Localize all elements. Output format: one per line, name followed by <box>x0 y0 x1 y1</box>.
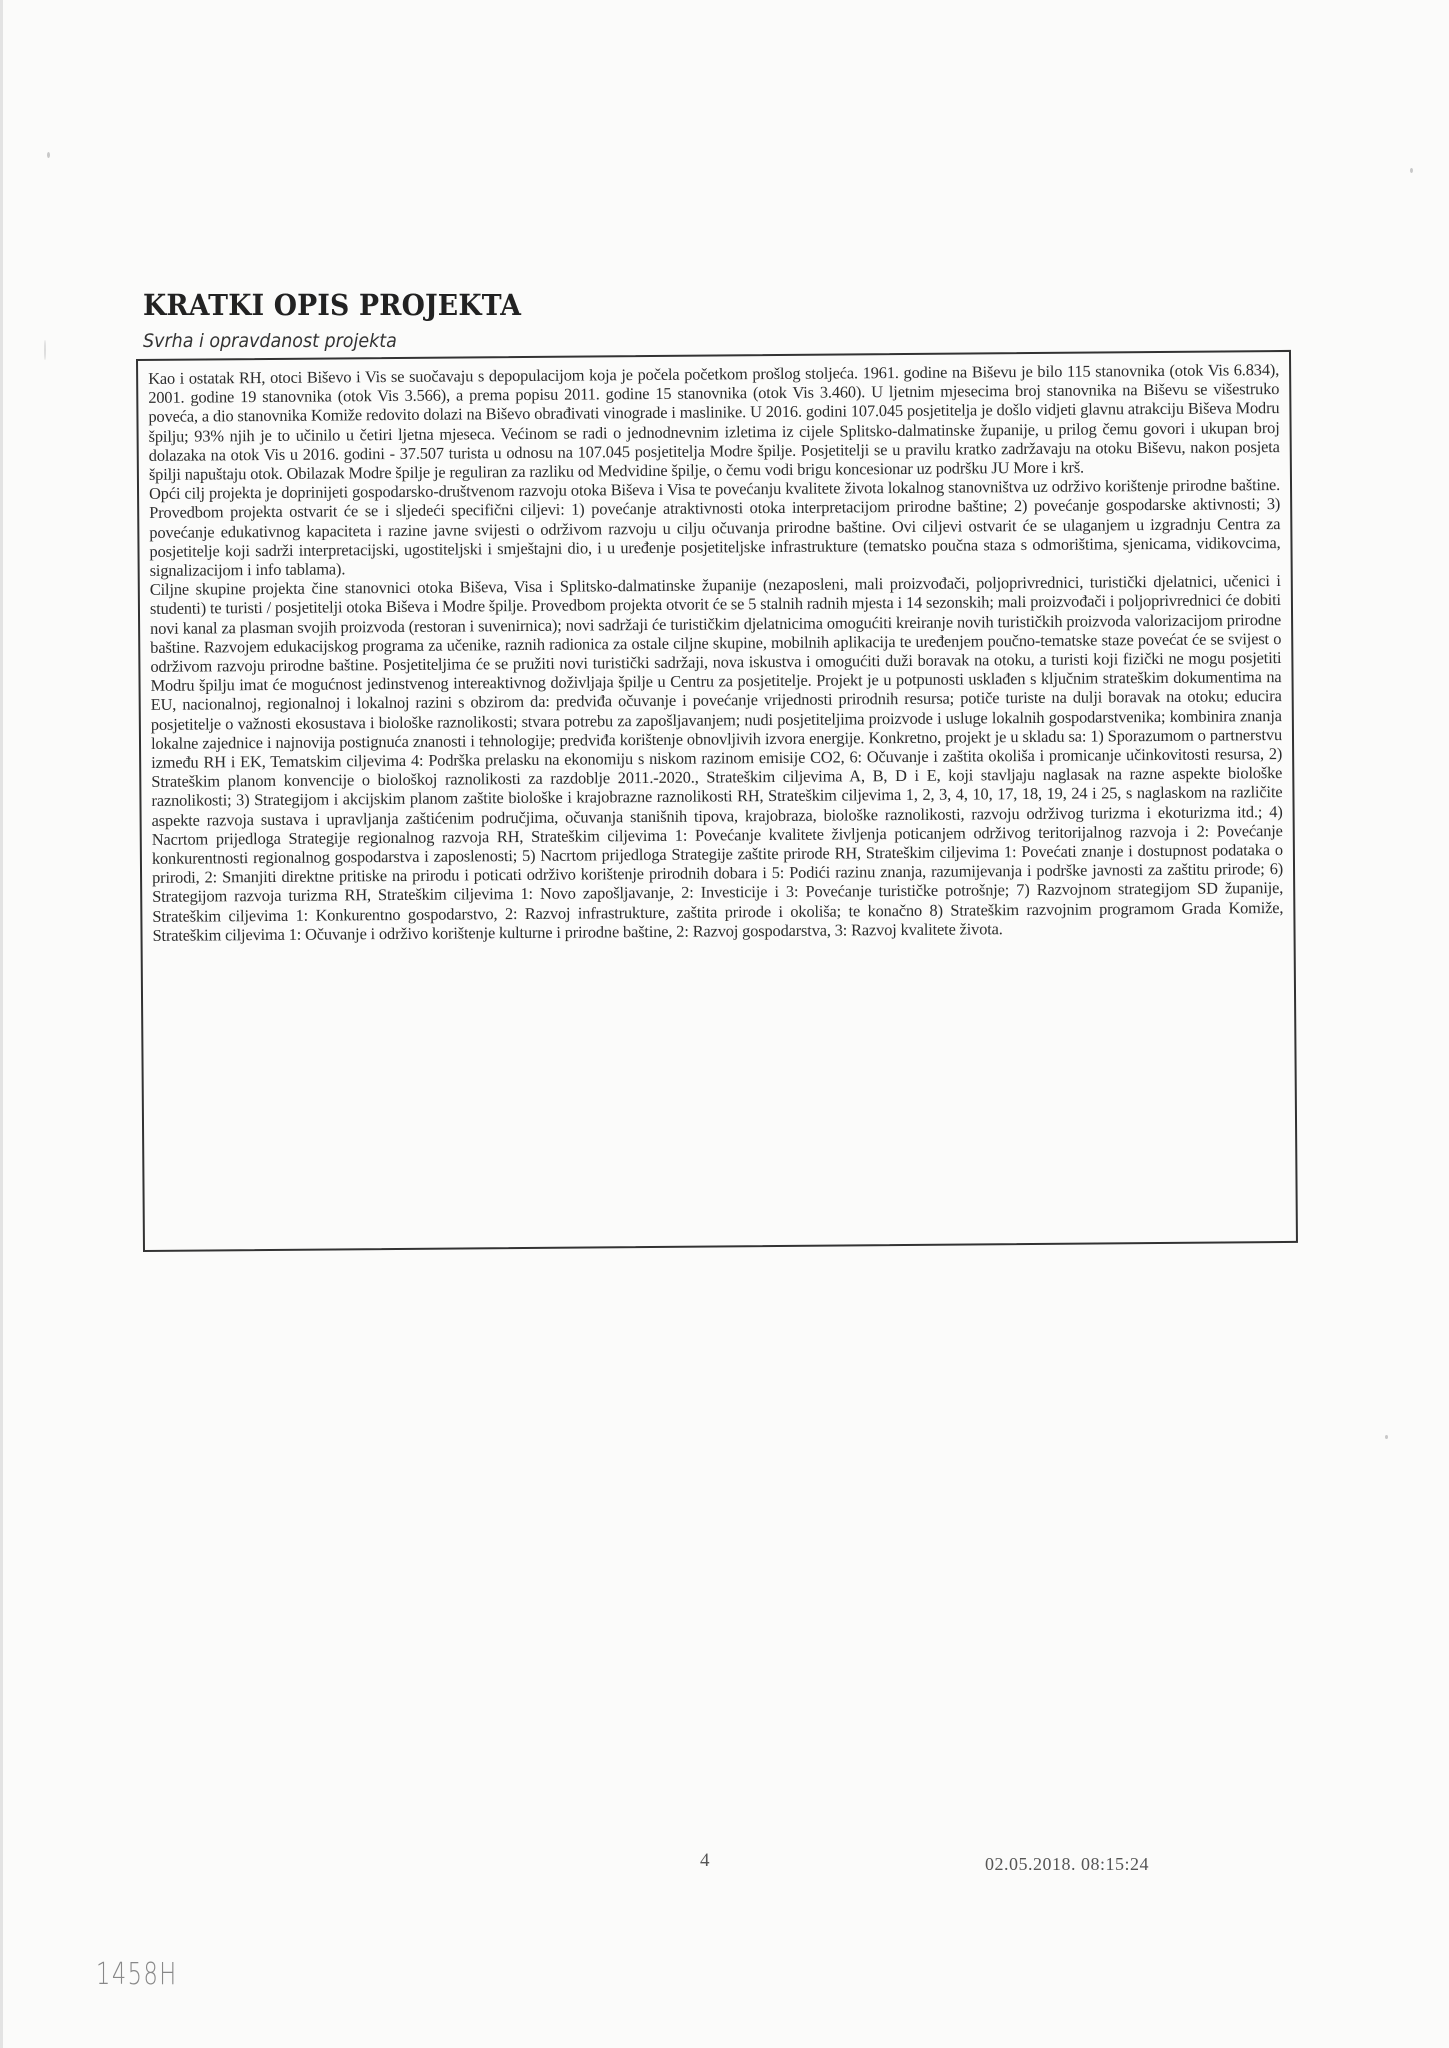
page-number: 4 <box>700 1850 710 1872</box>
scan-speck <box>1385 1435 1388 1439</box>
scan-speck <box>1410 168 1413 173</box>
paragraph-target-groups: Ciljne skupine projekta čine stanovnici … <box>150 571 1284 945</box>
section-subtitle: Svrha i opravdanost projekta <box>143 330 397 352</box>
paragraph-objectives: Opći cilj projekta je doprinijeti gospod… <box>149 475 1281 580</box>
scan-speck <box>47 152 50 158</box>
print-timestamp: 02.05.2018. 08:15:24 <box>985 1854 1149 1875</box>
page-title: KRATKI OPIS PROJEKTA <box>143 288 521 322</box>
scan-speck <box>44 340 46 360</box>
description-text-box: Kao i ostatak RH, otoci Biševo i Vis se … <box>136 350 1298 1252</box>
scan-edge-left <box>0 0 3 2048</box>
paragraph-background: Kao i ostatak RH, otoci Biševo i Vis se … <box>148 360 1280 484</box>
handwritten-page-mark: 1458H <box>96 1957 178 1992</box>
